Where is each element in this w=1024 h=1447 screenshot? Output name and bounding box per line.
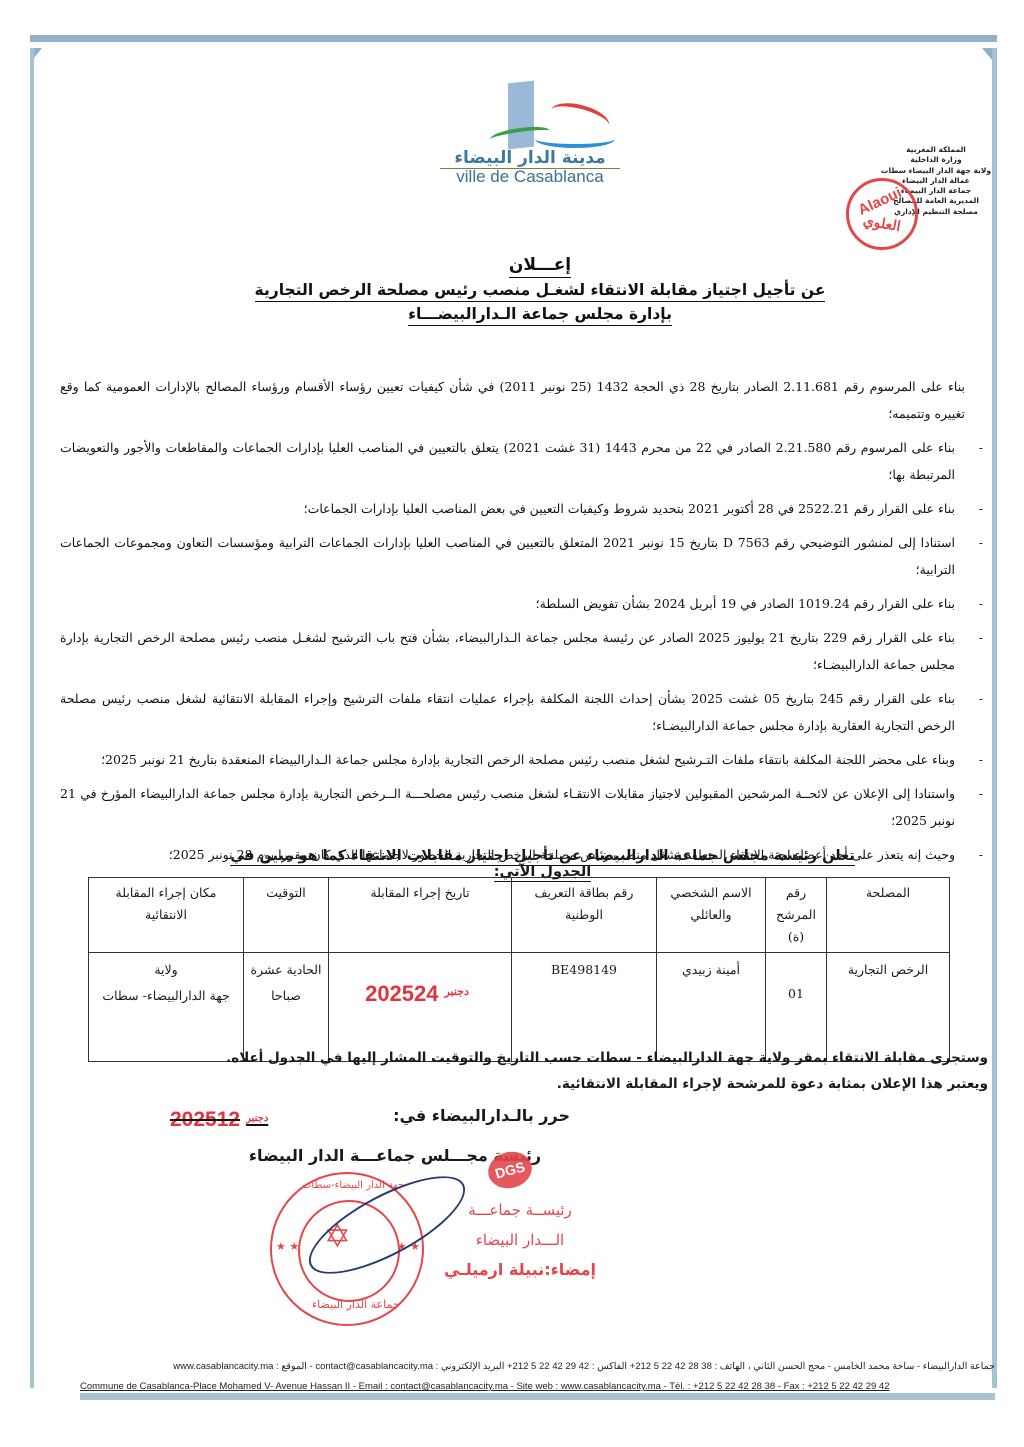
announcement-title: إعـــلان عن تأجيل اجتياز مقابلة الانتقاء… (250, 255, 830, 329)
header-candidate-number: رقم المرشح (ة) (766, 878, 827, 953)
header-full-name: الاسم الشخصي والعائلي (657, 878, 766, 953)
preamble-paragraph: -واستنادا إلى الإعلان عن لائحــة المرشحي… (60, 780, 985, 834)
frame-corner-right (982, 48, 992, 60)
stamp-arabic-text: العلوي (862, 212, 902, 235)
footer-arabic-contact: جماعة الدارالبيضاء - ساحة محمد الخامس - … (80, 1360, 995, 1374)
logo-french-name: ville de Casablanca (440, 168, 620, 186)
title-subject: عن تأجيل اجتياز مقابلة الانتقاء لشغـل من… (255, 281, 826, 302)
written-at-label: حرر بالـدارالبيضاء في: (320, 1106, 570, 1125)
announcement-statement: تعلن رئيسة مجلس جماعة الدارالبيضاء عن تأ… (230, 848, 855, 880)
table-header-row: المصلحة رقم المرشح (ة) الاسم الشخصي والع… (89, 878, 950, 953)
footer-band (80, 1393, 995, 1400)
preamble-paragraph: -بناء على القرار رقم 1019.24 الصادر في 1… (60, 590, 985, 617)
closing-notes: وستجرى مقابلة الانتقاء بمقر ولاية جهة ال… (150, 1045, 988, 1097)
admin-line: وزارة الداخلية (880, 155, 992, 165)
header-service: المصلحة (827, 878, 950, 953)
seal-bottom-text: جماعة الدار البيضاء (312, 1298, 400, 1311)
issue-date-stamp: 2025دجنبر12 (170, 1108, 320, 1132)
admin-line: ولاية جهة الدار البيضاء سطات (880, 166, 992, 176)
preamble-paragraph: -بناء على المرسوم رقم 2.21.580 الصادر في… (60, 434, 985, 488)
header-place: مكان إجراء المقابلة الانتقائية (89, 878, 244, 953)
admin-line: المملكة المغربية (880, 145, 992, 155)
casablanca-logo: مدينة الدار البيضاء ville de Casablanca (440, 60, 620, 180)
document-footer: جماعة الدارالبيضاء - ساحة محمد الخامس - … (80, 1360, 995, 1394)
stars-icon: ★ ★ (276, 1240, 299, 1253)
preamble-paragraph: بناء على المرسوم رقم 2.11.681 الصادر بتا… (60, 373, 985, 427)
frame-left-border (30, 48, 34, 1388)
closing-line: وستجرى مقابلة الانتقاء بمقر ولاية جهة ال… (150, 1045, 988, 1071)
closing-line: ويعتبر هذا الإعلان بمثابة دعوة للمرشحة ل… (150, 1071, 988, 1097)
logo-blue-arc-icon (535, 130, 615, 148)
frame-corner-left (34, 48, 42, 58)
preamble-paragraph: -وبناء على محضر اللجنة المكلفة بانتقاء م… (60, 746, 985, 773)
header-cin: رقم بطاقة التعريف الوطنية (512, 878, 657, 953)
interview-schedule-table: المصلحة رقم المرشح (ة) الاسم الشخصي والع… (88, 877, 950, 1062)
preamble-paragraph: -بناء على القرار رقم 245 بتاريخ 05 غشت 2… (60, 685, 985, 739)
header-frame-bar (30, 35, 997, 42)
frame-right-border (992, 48, 997, 1388)
header-interview-date: تاريخ إجراء المقابلة (329, 878, 512, 953)
footer-french-contact: Commune de Casablanca-Place Mohamed V- A… (80, 1380, 995, 1394)
preamble-paragraph: -بناء على القرار رقم 229 بتاريخ 21 يوليو… (60, 624, 985, 678)
header-time: التوقيت (244, 878, 329, 953)
preamble-paragraph: -بناء على القرار رقم 2522.21 في 28 أكتوب… (60, 495, 985, 522)
title-authority: بإدارة مجلس جماعة الـدارالبيضـــاء (408, 305, 672, 326)
preamble-paragraph: -استنادا إلى لمنشور التوضيحي رقم D 7563 … (60, 529, 985, 583)
title-main: إعـــلان (509, 255, 571, 278)
alaoui-stamp: Alaoui العلوي (846, 178, 918, 250)
legal-preamble: بناء على المرسوم رقم 2.11.681 الصادر بتا… (60, 373, 985, 875)
mayor-name-stamp: رئيســة جماعـــة الـــدار البيضاء إمضاء:… (420, 1195, 620, 1285)
logo-arabic-name: مدينة الدار البيضاء (440, 148, 620, 169)
date-stamp: 2025دجنبر24 (365, 979, 475, 1007)
